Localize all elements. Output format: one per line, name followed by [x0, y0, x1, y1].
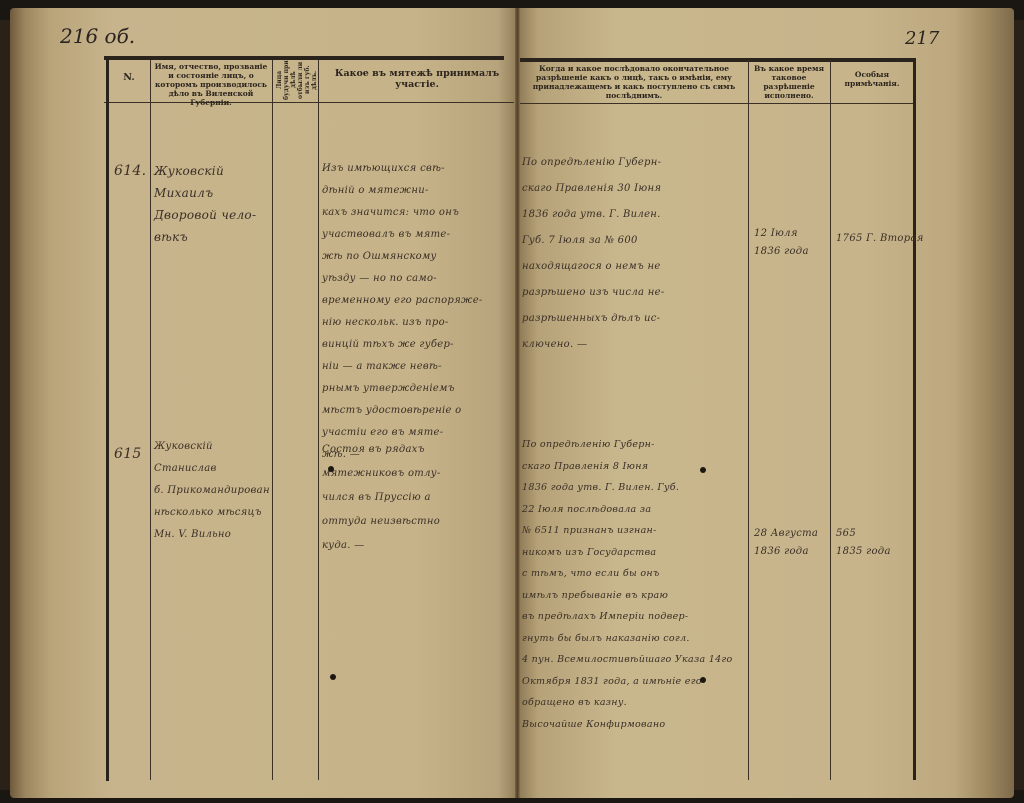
row-1-notes: 1765 Г. Вторая: [836, 230, 946, 248]
row-2-name: Жуковскій Станислав б. Прикомандирован н…: [154, 436, 272, 546]
row-1-participation: Изъ имѣющихся свѣ- дѣній о мятежни- кахъ…: [322, 158, 512, 466]
column-rule-outer-left: [106, 56, 109, 781]
header-bottom-rule-right: [520, 103, 915, 104]
header-executed: Въ какое время таковое разрѣшеніе исполн…: [750, 64, 828, 100]
row-1-number: 614.: [114, 160, 146, 182]
column-rule-outer-right: [913, 58, 916, 780]
column-rule-5: [748, 60, 749, 780]
column-rule-2: [272, 60, 273, 780]
header-absent: Лица будучи при дѣлѣ отбыли ли изъ губ. …: [276, 60, 314, 100]
book-edge-right: [1014, 20, 1024, 790]
binding-hole: [330, 674, 336, 680]
row-1-name: Жуковскій Михаилъ Дворовой чело- вѣкъ: [154, 160, 272, 248]
header-participation: Какое въ мятежѣ принималъ участіе.: [322, 68, 512, 90]
row-2-number: 615: [114, 443, 142, 465]
row-1-executed: 12 Іюля 1836 года: [754, 225, 828, 261]
binding-hole: [328, 466, 334, 472]
table-top-rule-right: [520, 58, 915, 62]
row-1-resolution: По опредѣленію Губерн- скаго Правленія 3…: [522, 150, 748, 358]
column-rule-3: [318, 60, 319, 780]
book-spread: 216 об. 217 N. Имя, отчество, прозваніе …: [0, 0, 1024, 803]
header-notes: Особыя примѣчанія.: [832, 70, 912, 88]
header-resolution: Когда и какое послѣдовало окончательное …: [522, 64, 746, 100]
header-number: N.: [108, 72, 150, 83]
row-2-notes: 565 1835 года: [836, 525, 946, 561]
book-gutter: [515, 8, 520, 798]
row-2-executed: 28 Августа 1836 года: [754, 525, 828, 561]
header-name: Имя, отчество, прозваніе и состояніе лиц…: [152, 62, 270, 107]
binding-hole: [700, 677, 706, 683]
row-2-resolution: По опредѣленію Губерн- скаго Правленія 8…: [522, 434, 748, 735]
column-rule-6: [830, 60, 831, 780]
row-2-participation: Состоя въ рядахъ мятежниковъ отлу- чился…: [322, 438, 512, 558]
column-rule-1: [150, 60, 151, 780]
folio-number-right: 217: [905, 28, 939, 49]
binding-hole: [700, 467, 706, 473]
folio-number-left: 216 об.: [60, 24, 135, 48]
